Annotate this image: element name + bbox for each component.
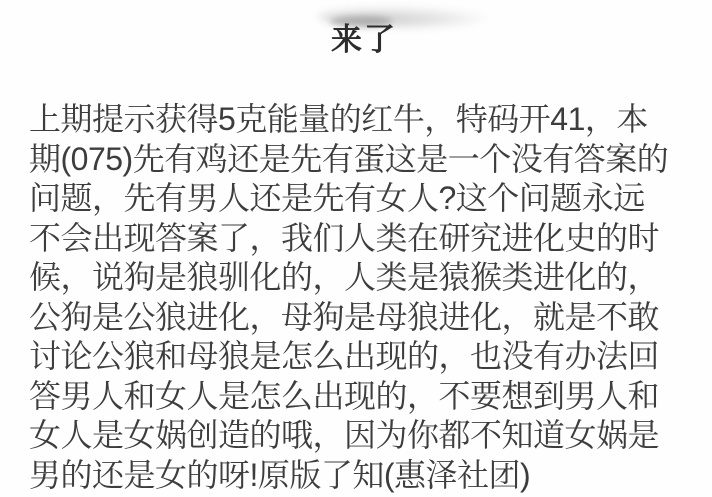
page-title: 来了: [0, 22, 712, 58]
text-image-page: 来了 上期提示获得5克能量的红牛，特码开41，本 期(075)先有鸡还是先有蛋这…: [0, 0, 712, 497]
text-line-6: 公狗是公狼进化，母狗是母狼进化，就是不敢: [29, 298, 706, 338]
text-line-7: 讨论公狼和母狼是怎么出现的，也没有办法回: [29, 337, 706, 377]
text-line-1: 上期提示获得5克能量的红牛，特码开41，本: [29, 100, 706, 140]
article-body: 上期提示获得5克能量的红牛，特码开41，本 期(075)先有鸡还是先有蛋这是一个…: [29, 100, 706, 495]
text-line-8: 答男人和女人是怎么出现的，不要想到男人和: [29, 377, 706, 417]
text-line-9: 女人是女娲创造的哦，因为你都不知道女娲是: [29, 416, 706, 456]
text-line-4: 不会出现答案了，我们人类在研究进化史的时: [29, 219, 706, 259]
text-line-10: 男的还是女的呀!原版了知(惠泽社团): [29, 456, 706, 496]
text-line-3: 问题，先有男人还是先有女人?这个问题永远: [29, 179, 706, 219]
text-line-5: 候，说狗是狼驯化的，人类是猿猴类进化的，: [29, 258, 706, 298]
text-line-2: 期(075)先有鸡还是先有蛋这是一个没有答案的: [29, 140, 706, 180]
